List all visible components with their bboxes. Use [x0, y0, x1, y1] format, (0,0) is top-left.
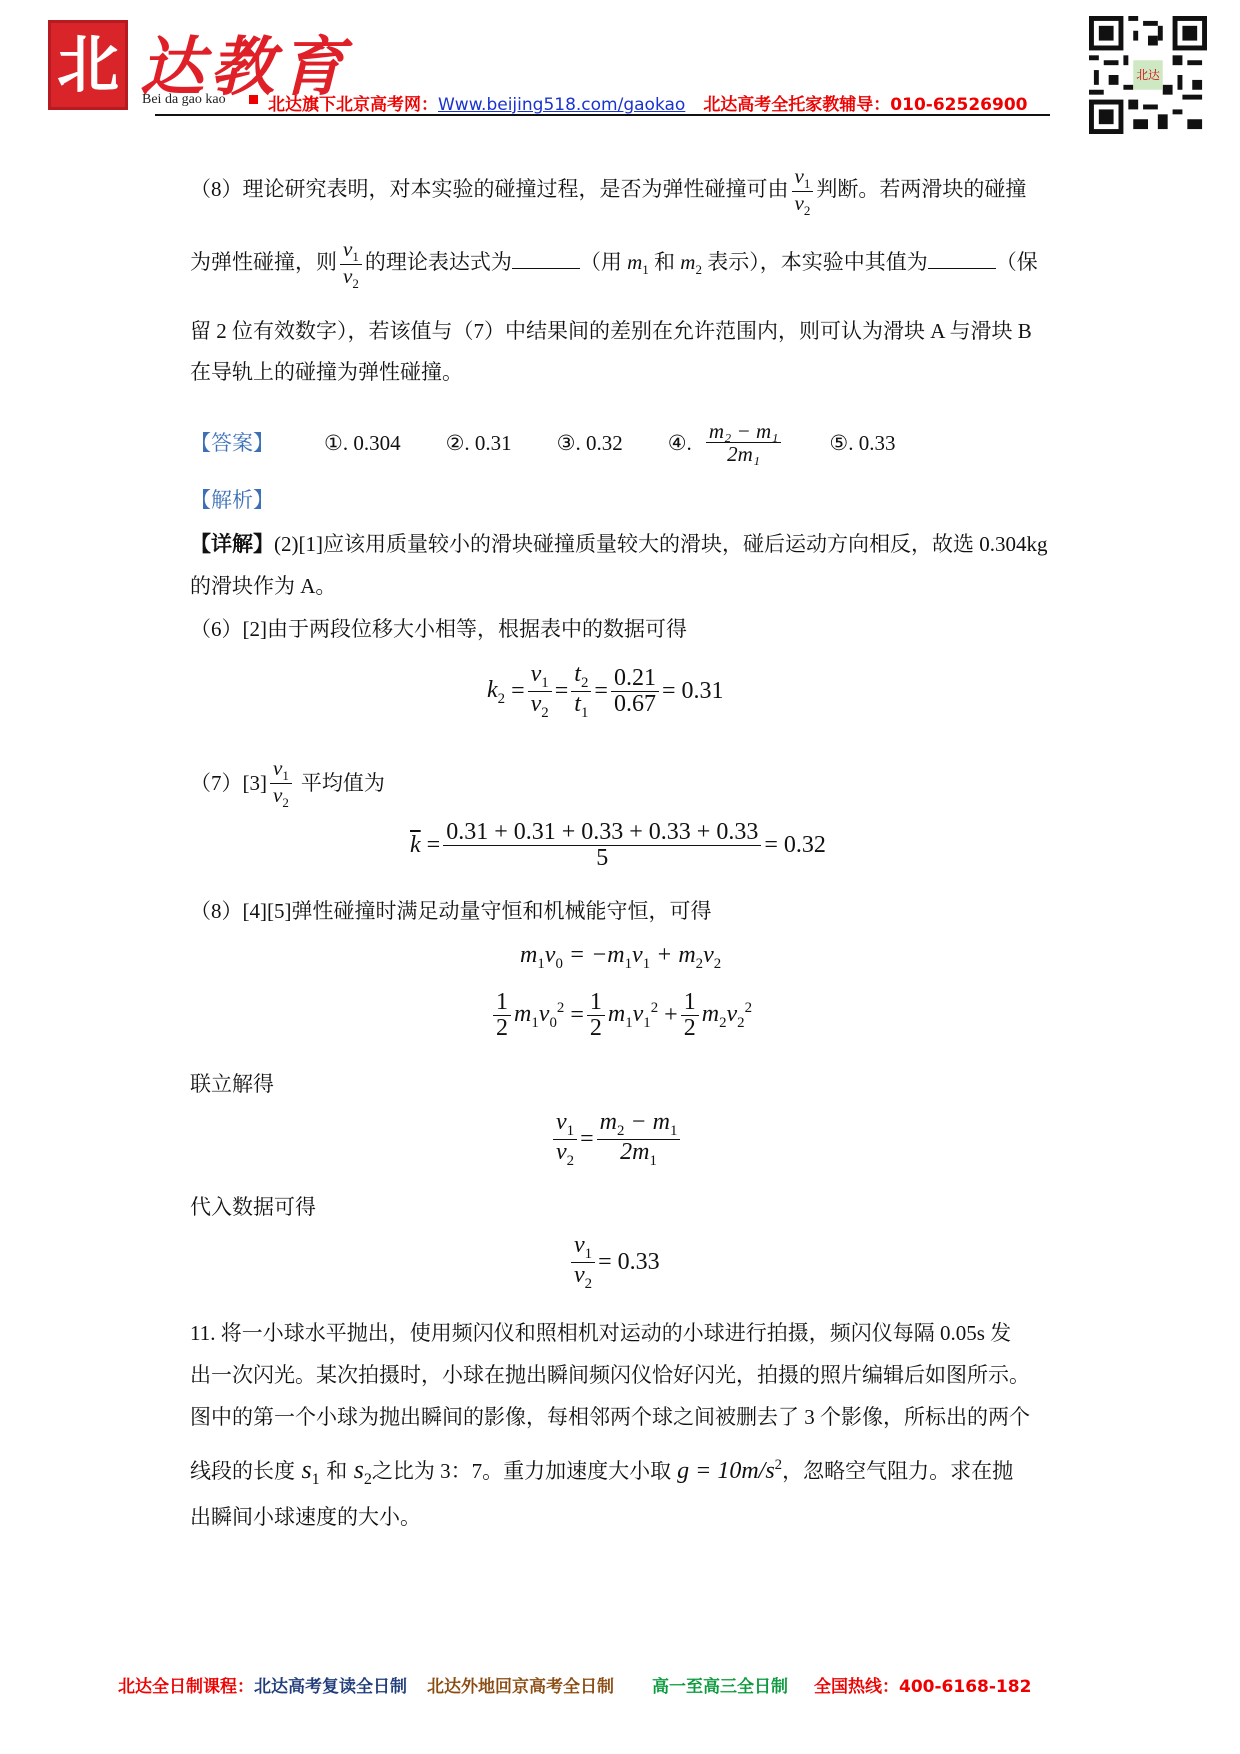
- denominator: 5: [593, 846, 611, 871]
- text: 和: [654, 250, 675, 274]
- answer-4-fraction: m₂ − m₁2m₁: [706, 420, 782, 465]
- equation-kbar: k = 0.31 + 0.31 + 0.33 + 0.33 + 0.335 = …: [410, 820, 826, 871]
- text: （保: [996, 250, 1038, 274]
- denominator: 0.67: [611, 692, 659, 717]
- answer-2: ②. 0.31: [446, 429, 512, 457]
- denominator: 2m₁: [724, 443, 763, 465]
- answer-label: 【答案】: [190, 429, 274, 457]
- text: （8）理论研究表明，对本实验的碰撞过程，是否为弹性碰撞可由: [190, 177, 789, 201]
- header-info: 北达旗下北京高考网：Www.beijing518.com/gaokao北达高考全…: [268, 90, 1027, 115]
- course-3: 高一至高三全日制: [652, 1677, 788, 1697]
- site-label: 北达旗下北京高考网：: [268, 95, 438, 115]
- q11-line-1: 11. 将一小球水平抛出，使用频闪仪和照相机对运动的小球进行拍摄，频闪仪每隔 0…: [190, 1319, 1011, 1347]
- detail-line-1: 【详解】(2)[1]应该用质量较小的滑块碰撞质量较大的滑块，碰后运动方向相反，故…: [190, 530, 1047, 558]
- equation-ratio: v1v2= m2 − m12m1: [550, 1110, 683, 1170]
- bullet-square-icon: [249, 95, 258, 104]
- logo-mark: 北: [48, 20, 128, 110]
- q8-line-1: （8）理论研究表明，对本实验的碰撞过程，是否为弹性碰撞可由v1v2判断。若两滑块…: [190, 165, 1026, 218]
- analysis-label: 【解析】: [190, 486, 274, 514]
- answer-blank[interactable]: [928, 248, 996, 269]
- qr-code-icon: 北达: [1088, 16, 1208, 134]
- text: 平均值为: [301, 769, 385, 797]
- result: = 0.33: [598, 1249, 660, 1276]
- equation-k2: k2 = v1v2= t2t1= 0.210.67 = 0.31: [487, 662, 723, 722]
- q11-line-3: 图中的第一个小球为抛出瞬间的影像，每相邻两个球之间被删去了 3 个影像，所标出的…: [190, 1403, 1030, 1431]
- q11-line-2: 出一次闪光。某次拍摄时，小球在抛出瞬间频闪仪恰好闪光，拍摄的照片编辑后如图所示。: [190, 1361, 1030, 1389]
- detail-line-2: 的滑块作为 A。: [190, 572, 336, 600]
- sub: 2: [498, 690, 505, 706]
- text: 的理论表达式为: [365, 250, 512, 274]
- answer-1: ①. 0.304: [324, 429, 401, 457]
- courses-label: 北达全日制课程：: [118, 1677, 254, 1697]
- text: 和: [326, 1459, 347, 1483]
- text: 表示），本实验中其值为: [707, 250, 928, 274]
- equation-final: v1v2 = 0.33: [568, 1233, 660, 1293]
- answer-5: ⑤. 0.33: [829, 429, 895, 457]
- numerator: m₂ − m₁: [706, 420, 782, 443]
- joint-solve-text: 联立解得: [190, 1070, 274, 1098]
- answer-blank[interactable]: [512, 248, 580, 269]
- site-link[interactable]: Www.beijing518.com/gaokao: [438, 95, 685, 115]
- answer-4-prefix: ④.: [668, 429, 692, 457]
- equation-momentum: m1v0 = −m1v1 + m2v2: [520, 942, 721, 973]
- text: 之比为 3：7。重力加速度大小取: [372, 1459, 671, 1483]
- fraction-v1-v2: v1v2: [340, 238, 362, 291]
- numerator: 0.31 + 0.31 + 0.33 + 0.33 + 0.33: [443, 820, 761, 846]
- gravity-value: g = 10m/s: [677, 1458, 775, 1484]
- hotline: 全国热线：400-6168-182: [814, 1677, 1031, 1697]
- result: = 0.32: [764, 832, 826, 859]
- step-7-text: （7）[3]v1v2平均值为: [190, 757, 385, 810]
- numerator: 0.21: [611, 666, 659, 692]
- footer: 北达全日制课程：北达高考复读全日制北达外地回京高考全日制高一至高三全日制全国热线…: [118, 1672, 1031, 1697]
- detail-label: 【详解】: [190, 532, 274, 556]
- text: 判断。若两滑块的碰撞: [816, 177, 1026, 201]
- text: （7）[3]: [190, 769, 267, 797]
- answer-3: ③. 0.32: [557, 429, 623, 457]
- step-6-text: （6）[2]由于两段位移大小相等，根据表中的数据可得: [190, 615, 687, 643]
- course-2: 北达外地回京高考全日制: [427, 1677, 614, 1697]
- text: 线段的长度: [190, 1459, 295, 1483]
- svg-text:北达: 北达: [1136, 68, 1160, 82]
- text: ，忽略空气阻力。求在抛: [782, 1459, 1013, 1483]
- q11-line-4: 线段的长度 s1 和 s2之比为 3：7。重力加速度大小取 g = 10m/s2…: [190, 1451, 1013, 1494]
- equation-energy: 12m1v02 = 12m1v12 + 12m2v22: [490, 990, 752, 1041]
- text: 为弹性碰撞，则: [190, 250, 337, 274]
- q8-line-4: 在导轨上的碰撞为弹性碰撞。: [190, 358, 463, 386]
- logo-subtitle: Bei da gao kao: [142, 92, 226, 108]
- header-divider: [155, 114, 1050, 116]
- tutor-label: 北达高考全托家教辅导：010-62526900: [703, 95, 1027, 115]
- answer-row: 【答案】 ①. 0.304 ②. 0.31 ③. 0.32 ④. m₂ − m₁…: [190, 420, 896, 465]
- fraction-v1-v2: v1v2: [792, 165, 814, 218]
- course-1: 北达高考复读全日制: [254, 1677, 407, 1697]
- step-8-text: （8）[4][5]弹性碰撞时满足动量守恒和机械能守恒，可得: [190, 897, 711, 925]
- q11-line-5: 出瞬间小球速度的大小。: [190, 1503, 421, 1531]
- substitute-text: 代入数据可得: [190, 1193, 316, 1221]
- text: （用: [580, 250, 622, 274]
- result: = 0.31: [662, 678, 724, 705]
- text: (2)[1]应该用质量较小的滑块碰撞质量较大的滑块，碰后运动方向相反，故选 0.…: [274, 532, 1047, 556]
- q8-line-2: 为弹性碰撞，则v1v2的理论表达式为（用 m1 和 m2 表示），本实验中其值为…: [190, 238, 1038, 291]
- q8-line-3: 留 2 位有效数字），若该值与（7）中结果间的差别在允许范围内，则可认为滑块 A…: [190, 317, 1032, 345]
